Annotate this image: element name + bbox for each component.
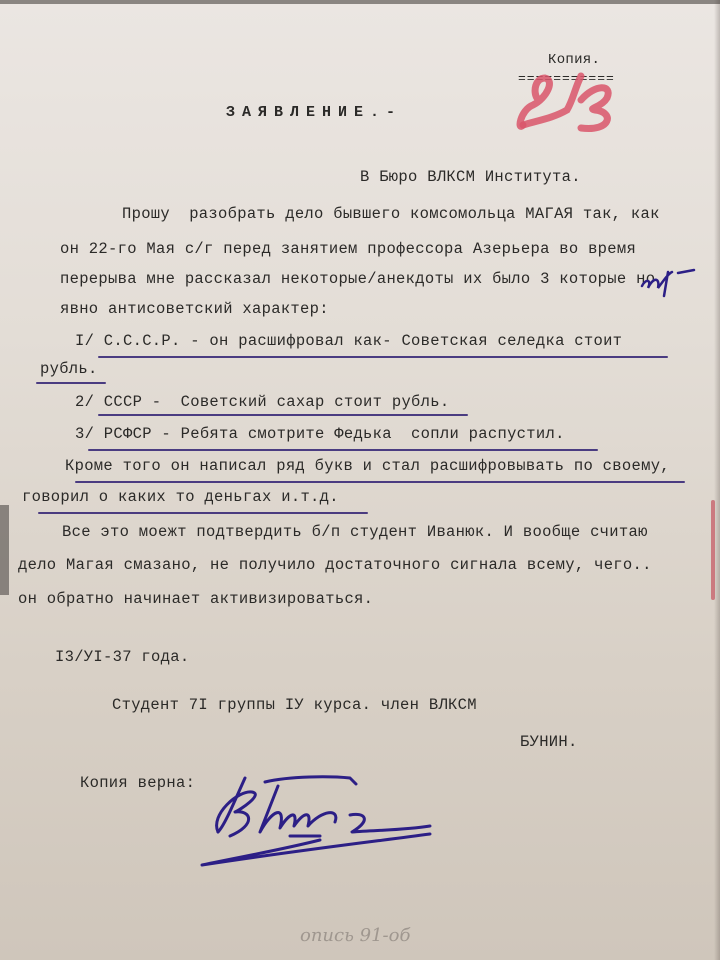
closing-line: Все это моежт подтвердить б/п студент Ив…	[62, 525, 648, 541]
document-page: Копия. =========== ЗАЯВЛЕНИЕ.- В Бюро ВЛ…	[0, 0, 720, 960]
closing-line: он обратно начинает активизироваться.	[18, 592, 373, 608]
body-line: явно антисоветский характер:	[60, 302, 329, 318]
closing-line: дело Магая смазано, не получило достаточ…	[18, 558, 652, 574]
list-item-1: I/ С.С.С.Р. - он расшифровал как- Советс…	[75, 334, 622, 350]
pencil-note: опись 91-об	[300, 925, 410, 946]
copy-label: Копия.	[548, 53, 600, 67]
list-item-2: 2/ СССР - Советский сахар стоит рубль.	[75, 395, 449, 411]
list-item-1-cont: рубль.	[40, 362, 98, 378]
binding-mark	[0, 505, 9, 595]
signer-name: БУНИН.	[520, 735, 578, 751]
certified-label: Копия верна:	[80, 776, 195, 792]
red-margin-mark	[711, 500, 715, 600]
signature-line: Студент 7I группы IУ курса. член ВЛКСМ	[112, 698, 477, 714]
extra-line: говорил о каких то деньгах и.т.д.	[22, 490, 339, 506]
page-top-edge	[0, 0, 720, 4]
underline	[98, 414, 468, 416]
page-right-edge	[714, 0, 720, 960]
underline	[36, 382, 106, 384]
body-line: он 22-го Мая с/г перед занятием профессо…	[60, 242, 636, 258]
body-line: перерыва мне рассказал некоторые/анекдот…	[60, 272, 655, 288]
underline	[75, 481, 685, 483]
date: I3/УI-37 года.	[55, 650, 189, 666]
underline	[98, 356, 668, 358]
extra-line: Кроме того он написал ряд букв и стал ра…	[65, 459, 670, 475]
archive-number-red	[515, 70, 625, 135]
underline	[38, 512, 368, 514]
list-item-3: 3/ РСФСР - Ребята смотрите Федька сопли …	[75, 427, 565, 443]
signature	[190, 770, 450, 880]
handwritten-insert	[638, 268, 698, 298]
underline	[88, 449, 598, 451]
body-line: Прошу разобрать дело бывшего комсомольца…	[122, 207, 660, 223]
document-title: ЗАЯВЛЕНИЕ.-	[226, 105, 402, 120]
addressee: В Бюро ВЛКСМ Института.	[360, 170, 581, 186]
